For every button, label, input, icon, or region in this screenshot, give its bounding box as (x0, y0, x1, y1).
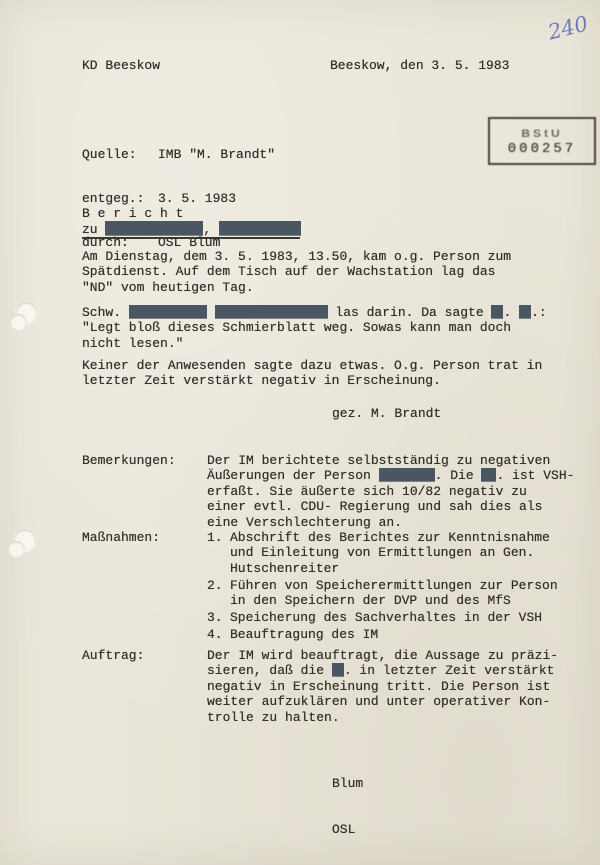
report-subject-line: zu , (82, 221, 301, 237)
auftrag-label: Auftrag: (82, 648, 144, 663)
stamp-page-number: 000257 (508, 141, 576, 157)
bstu-archive-stamp: BStU 000257 (488, 117, 596, 165)
handwritten-page-number: 240 (546, 12, 591, 45)
report-title: B e r i c h t (82, 206, 183, 221)
redaction-bar (219, 221, 301, 235)
stamp-org-text: BStU (521, 126, 562, 139)
place-and-date: Beeskow, den 3. 5. 1983 (330, 58, 509, 73)
massnahmen-label: Maßnahmen: (82, 530, 160, 545)
redaction-bar (379, 468, 435, 481)
item-text: Führen von Speicherermittlungen zur Pers… (230, 578, 558, 609)
item-number: 2. (207, 578, 230, 609)
massnahmen-item: 4.Beauftragung des IM (207, 627, 577, 642)
office-name: KD Beeskow (82, 58, 160, 73)
punch-hole-bottom (14, 529, 36, 552)
massnahmen-item: 3.Speicherung des Sachverhaltes in der V… (207, 610, 577, 625)
closing-name: Blum (332, 776, 363, 791)
source-row-entgeg: entgeg.: 3. 5. 1983 (82, 192, 275, 207)
item-number: 4. (207, 627, 230, 642)
item-text: Abschrift des Berichtes zur Kenntnisnahm… (230, 530, 550, 576)
closing-rank: OSL (332, 822, 363, 837)
report-paragraph-3: Keiner der Anwesenden sagte dazu etwas. … (82, 358, 562, 389)
source-label: Quelle: (82, 148, 158, 163)
redaction-bar (519, 305, 531, 318)
source-label: entgeg.: (82, 192, 158, 207)
massnahmen-list: 1.Abschrift des Berichtes zur Kenntnisna… (207, 530, 577, 644)
massnahmen-item: 1.Abschrift des Berichtes zur Kenntnisna… (207, 530, 577, 576)
bemerkungen-text: Der IM berichtete selbstständig zu negat… (207, 453, 577, 530)
item-number: 1. (207, 530, 230, 576)
redaction-bar (332, 663, 344, 676)
redaction-bar (215, 305, 328, 318)
document-paper: 240 KD Beeskow Beeskow, den 3. 5. 1983 Q… (0, 0, 600, 865)
bemerkungen-label: Bemerkungen: (82, 453, 176, 468)
massnahmen-item: 2.Führen von Speicherermittlungen zur Pe… (207, 578, 577, 609)
item-number: 3. (207, 610, 230, 625)
redaction-bar (491, 305, 503, 318)
auftrag-text: Der IM wird beauftragt, die Aussage zu p… (207, 648, 577, 725)
subject-underline (82, 237, 300, 239)
item-text: Beauftragung des IM (230, 627, 378, 642)
item-text: Speicherung des Sachverhaltes in der VSH (230, 610, 542, 625)
source-value: IMB "M. Brandt" (158, 148, 275, 163)
punch-hole-top (16, 302, 37, 324)
redaction-bar (129, 305, 207, 318)
report-signature: gez. M. Brandt (332, 406, 441, 421)
source-value: 3. 5. 1983 (158, 192, 236, 207)
redaction-bar (105, 221, 203, 235)
report-paragraph-1: Am Dienstag, dem 3. 5. 1983, 13.50, kam … (82, 249, 552, 295)
report-paragraph-2: Schw. las darin. Da sagte . .: "Legt blo… (82, 305, 562, 351)
source-row-quelle: Quelle: IMB "M. Brandt" (82, 148, 275, 163)
redaction-bar (481, 468, 496, 481)
closing-signature-block: Blum OSL (332, 745, 363, 865)
